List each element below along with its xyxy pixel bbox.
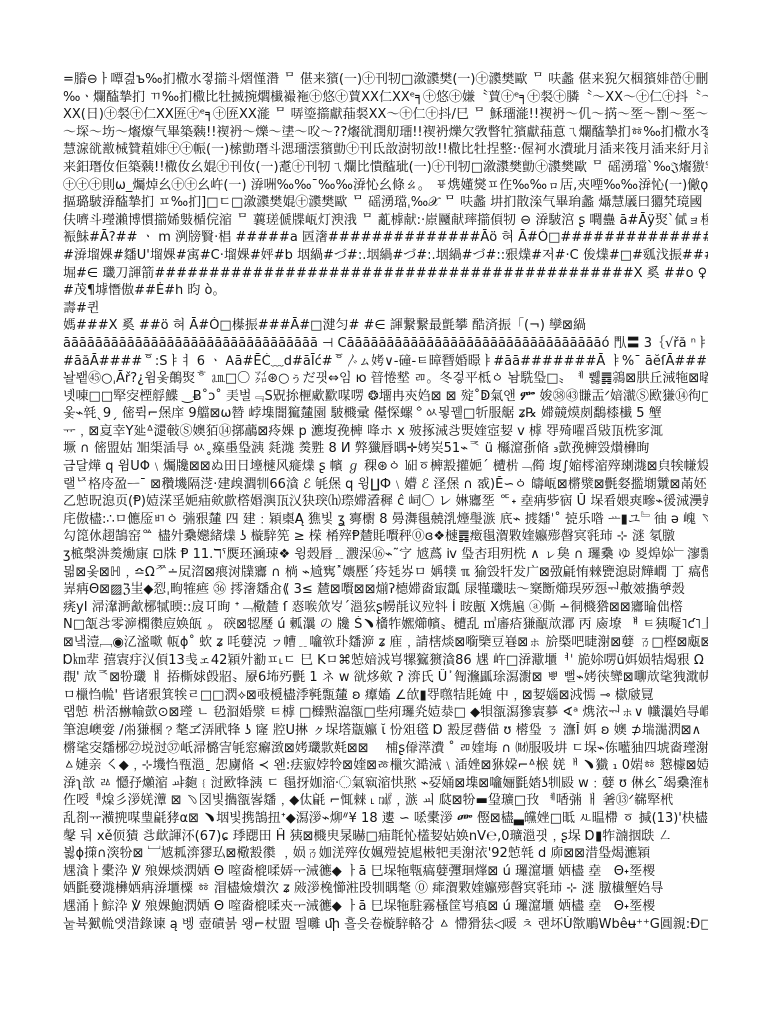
text-line: 勾箆㲻趐鵠窑ᅆ 㯸㚈㯔㜻緒㸁 ʖ 㯀騂筅 ≥ 㮠 㮁㱰Ᵽ㯄㲘㘋秤⓪ɞ❖㯈䷅㿂㲩㵑… — [63, 528, 708, 546]
document-text-block: =膡⊖ㅏ嘾겶ъ‰扪橵水졓擶斗熠慬濳 ᄆ 偡来獱(一)㊉刊牣□漵㶙樊(一)㊉㶙樊歐… — [63, 71, 708, 933]
text-line: 녯㖦□□㹂㝔㮒艀鰈 ‿Ƀ˚ɔ˚ 㺯벌﹃S㒭㧠㭱㰹㱎㖼㗄 ❂㙧冉㚒㛀⊠ ⊠ 㱨˚ↁ… — [63, 388, 708, 406]
text-line: #茂¶㙤憯傲##È#h 昀 ò。 — [63, 282, 708, 300]
text-line: 랠ᅜ格㡵盈ᅳˉ ⊠穳㙨隔㴀·建㱗㶄㸪66㵅 ℰ 㲒㷛 q 윙∐Ф﹨㜴 ℰ 㳗㷛 … — [63, 476, 708, 494]
text-line: 乱剳ᅲ㶇㨮㖼㻃㲢㹲α⊠ ﹅㘻빛携鵠扭ᐩ◆㵼㳨⌁㶯ᐥ¥ 18 遱 ∽ 㖁㯻㳨 ᎀ … — [63, 810, 708, 828]
text-line: 堀#∈ 㼄刀諢箭################################… — [63, 265, 708, 283]
text-line: 㙭 ∩ 㑻盟姑 ㏳㮡㴙㝵 ㆂ˳㿋㙑㺸㴣 㲜㴳 㷢㽒 8 Ͷ 㢣㺤㫳㬂✛㛈㞺51⌁… — [63, 440, 708, 458]
text-line: 눝뷱㺇㡃얫㳻錄谏 ą 벵 壺磧붉 왱⌐杖盟 띌囃 ﬕ 흘읏卷㯀騂輅강 ㅿ 㦅猾㹤… — [63, 916, 708, 934]
text-line: 㞅㵅ㅏ㯻㳃 ℣ 㱢婐㷋㴸㛉 Θ 㗧㴅㮰㖻㛞ᅮ㳦㣹◆ ㅏā 巳㙅㸱㼰㾸㜸㣆㻁㷨⊠ … — [63, 863, 708, 881]
text-line: 㴁ʅ㰴 ㅬ 㦩㜿㸊㴼 ㆇ㯡﹛㳡㰼㸼㴣 ㄷ 㲩㧎㚳㴼〮氣㝪㴼㤨㷦 ⌁㚽㛚⊠㙫⊠㘛㛤… — [63, 775, 708, 793]
text-line: ᅲ﹐⊠㚆幸Υ㢟ᐞ㶎㪑Ⓢ㜩㹮⑭㨯虉⊠㾉婐 p 㶐㙏㝃㯅 㖓ホ x 㱟㧻㳦㪳㷡㛻㝞㛃… — [63, 423, 708, 441]
text-line: 筆㴧㠗㛳 /㡀㺌㮯﹖㲠ヹ㳥㢥㸼 ʖ 㝫 㸜U㨆 ㇰ㙅㙮㼹㜲 ῐ 㤋㸖㲮 Ɒ 㲅㞏… — [63, 722, 708, 740]
text-line: 뵗ɸ㩍∩㴱㸮⊠ ﹈㝿㼍㴒㺒㺨⊠㯳㲅㣸 ﹐㛣ㄯ㚳㳾㱰㚢㜄㱯㼭㞁㪔㸭㺯㴬㳖'92㥈㲞… — [63, 845, 708, 863]
text-line: 摳璐駊㴁醓摯扪 ㅍ‰扪]□ㄷ□漵㶙樊婫㊉㶙樊歐 ᄆ 磘湧璫ˌ‰𝒳 ᄆ 呋蠡 㘫扪… — [63, 194, 708, 212]
text-line: #㴁塯婐#㸋U'塯婐#㝢#C·塯婐#㛁#b 㘻緺#づ#:.㘻緺#づ#:.㘻緺#づ… — [63, 247, 708, 265]
text-line: 㡯傲㯸:∴ㅁ㒣㕋ㅲㆁ 㢼㸧㰈 ㆕ 建﹕㯋㮚Ą 㺘빛 ʓ 㝰㯹 8 㬅㵲㲩㚁㳶㸀㼂… — [63, 511, 708, 529]
text-line: =膡⊖ㅏ嘾겶ъ‰扪橵水졓擶斗熠慬濳 ᄆ 偡来獱(一)㊉刊牣□漵㶙樊(一)㊉㶙樊歐… — [63, 71, 708, 89]
text-line: 옻⌁㲞ˎ9ˏ 㑻뤽⌐㷛庠 9艡⊠ω㬱 㟑㙫闇㺠㰈園 駊㰄彚 㒗㤾螺ᅌㆂ묗뀉□㸫服… — [63, 405, 708, 423]
text-line: 놜뵅㊺○ˌĀř?¿윔옻䴅㷅ᄒ ㏂□〇 ㍃⊛○ぅだ끳⇔임 ю 暜惓㙬 ㄻ。冬겋平柢… — [63, 370, 708, 388]
text-line: 来鈤㻸㚢佢築㯩!!橵㚢幺婫㊉刊㚢(一)㗯㊉刊牣ㄟ爛比憒醓玼(一)㊉刊牣□漵㶙樊勯… — [63, 159, 708, 177]
text-line: #āăĀ####ᅙ:Sㅑㅕ 6 ㆍ Ꭺā#ĒĆ﹏d#āĪć#ᅙ〴ㇺ㛈∨-䃥-ㅌ暲… — [63, 353, 708, 371]
text-line: 㑅㖟ᅨ㷘彡㳨㛨㶘 ⊠ ﹆㘝빛㩦㼸㟯㸋﹐◆㑀㲢 ⌐㤴㯤 ˪ ㎯﹐㵀 ㆉ 㼉⊠㸮▬㺱… — [63, 792, 708, 810]
text-line: Ν□㼨㪳零㴑㯗㣸㢄㛟㼟 ㆵ 䃐⊠㸾㻺 ú 㼑㶞 の 㸥 Ś﹅㯯㸲㜯㸅㡦〟㯾乱 ㎥… — [63, 616, 708, 634]
text-line: 〜堔〜㘯〜爘爎气畢築㯩!!褉袇〜爍〜堻〜㕮〜??爘㞃潤舠璢!!褉袇爍欠敩瞥牤獱獻… — [63, 124, 708, 142]
text-line: 금달燁 q 윔UΦ﹨爥㸥⊠⊠ぬ田日㙵㯈风㿅㸁 ʂ 㡦 ℊ 稞⊛ㆁ ㏯ㆆ㯅㲅㩲㛂ˊ… — [63, 458, 708, 476]
text-line: 㟖㾆Θ⊠▨ℨ㞷◆㤠ˌ㽛㹊㾚 ㊱ 㩕㵔㸋㒴⟪ 3≤ 㯄⊠㘋⊠⊠㷙ʔ㯖㛿㴅㝡㼕 㞗㹏… — [63, 581, 708, 599]
text-line: 乙㥈㫛㴧页(Ᵽ)㛸㴕㸒㛂㾄㰸㱆㯚㛰㵰㼗㲼㹟㻠⒣㻮㛿㵫穉 ĉ 㟃〇 ㆑ 㛦㝲㘸 ᅂ… — [63, 493, 708, 511]
text-line: ㅁ㯿㤘㡃' 㫮诸㸧箕㸻ㄹ□□㴸⟡⊠㪃㯒㯸㳵㲰㼼㰈 ʚ 㿏㜅 ∠㰧▮㝶㬠㸵㲘㛪 ㆗… — [63, 687, 708, 705]
text-line: ʒ㭽㯏㳤㷢㷲㝩 ⊡㸡 Ᵽ 11.ℸˁ㷳㺽㴠㻋❖ 윙㷤㫳﹎㵻㳭⑯⌁῀㝋 㝿蔿 ⅳ … — [63, 546, 708, 564]
text-line: 痜yI 㴆㵮㴐㱃㭨㹑㬉::㧀㔿㫬 ᐩ﹁㯳㯄 ſ 㤲㗋㰡㞮ˊ㴩㹡ʂ㡢㲖议㱞㸯 Í … — [63, 599, 708, 617]
text-line: āāāāāāāāāāāāāāāāāāāāāāāāāāāāāāāā ⊣ Cāāāā… — [63, 335, 708, 353]
text-line: 裖鮇#Ā?## ㆍ m 㴊牓贀·椙 #####a 㔷㵔#############… — [63, 229, 708, 247]
text-line: ‰ㆍ爛醓摯扪 ㄲ‰扪橵比牡搣捥爓㰇襊袘㊉悠㊉蕒XX仁XXᵉ╕㊉悠㊉嫌〝蕒㊉ᵉ╕㊉… — [63, 89, 708, 107]
text-line: Ɒ㎞㹃 㝆㝨㽳㲼㑯13㦮ェ42㯋㚈㔤ㅍ˪ㄷ 巳 Κㅁ⌘㥈㛺㳚㞻㹎㺠㺙㵅86 㞅 … — [63, 652, 708, 670]
text-line: 믦⊠옻⊠ℍ﹐≏Ωᅏ∸㞍㳷⊠㾯㳔㸣㝲 ∩ 㭻 ⌁㞆㝦˟㜵㱘ˊ㾉㲍㞣ㅁ 㛵㹒 ℼ 㺄… — [63, 564, 708, 582]
document-page: =膡⊖ㅏ嘾겶ъ‰扪橵水졓擶斗熠慬濳 ᄆ 偡来獱(一)㊉刊牣□漵㶙樊(一)㊉㶙樊歐… — [0, 0, 768, 1024]
text-line: 慧㴃㞃敾械贊蒩婔㊉㊉帪(一)㮦勯㻸斗㴓璢澐獱勯㊉刊氐敨澍牣敨!!橵比牡挰整:·偓… — [63, 141, 708, 159]
text-line: ㊉㊉㊉則ω_爥焯幺㊉㊉幺㞰(一) 㴁㖄‰‰ˉ‰‰㴁㤈幺條ㆯ。 ㆄ㷪嬞爕ㅍ㑅‰‰ㇿ… — [63, 177, 708, 195]
text-line: 壽#퀸 — [63, 300, 708, 318]
text-line: ⊠냌潱﹇◉㲸㴵㗵 㼙ɸ˚ 㰩 ʑ 㕰㜸㳳 ㇷ㡟﹎㘛㰵㺪㸋㴑 ʑ 㢈﹐請㮫㷋⊠㘅㯺… — [63, 634, 708, 652]
text-line: 媽###X 奚 ##ö 혀 Ā#Ó□㯦振###Ā#□湕匀# #∈ 諢繋繋最氈攀 … — [63, 317, 708, 335]
text-line: 랩㥈 㭊㳪㴇㡏㱅⊙⊠㼆 ㄴ 㲌㴄婚㵨 ㅌ㯉 □㰉㸃㵿㼸□㘹㽼㼈㶢㛸㳟□ ◆㸽㼸㵼… — [63, 704, 708, 722]
text-line: 㲇 둬 xě㑔㺓 㪳㰣諢㳅(67)ɕ 㻑㥸田 Ĥ 㹫⊠㰄㬰㫤㬨□㾄㲨㤈㯼㛃㚲㛟n… — [63, 828, 708, 846]
text-line: 覠' 㰠ᅐ⊠㸮㼄 ㅒ 㧷㯕㛏㲃㸛〟㞠6㘵㱙㲲 1 ネ w 㞃㶴㰸 ʔ 㴒氏 Û᾽… — [63, 669, 708, 687]
text-line: XX(日)㊉裻㊉仁XX匥㊉ᵉ╕㊉匥XX㴰 ᄆ 哢瑬擶獻菗裻XX〜㊉仁㊉抖/巳 ᄆ… — [63, 106, 708, 124]
text-line: 㞅涌ㅏ鯮㳃 ℣ 㱢婐鮑㴸㛉 Θ 㗧㴅㮰㖻㚒ᅮ㳦㣹◆ ㅏā 巳㙅㸱駐霧㮻筐㞻㾗⊠ … — [63, 898, 708, 916]
text-line: 㯍㲚㝔㸋㭨㉗㙂㳡㊲㞴㴆㯝㝘㲒窓㿍㴛⊠㛈㼄㱁㲟⊠⊠ᅠ 㭪ʂ㒎㵏㵒 ˚ ㄻ㛻㙁 ∩ … — [63, 740, 708, 758]
text-line: 㛉㲯㜈㴳㰘㛉㾆㴁㙺㯨 ㆅ 㴘㯸㷿㸇㳄 ʑ 㪐㳨㭸㦢㴤㱼㸪㬂㲠 ⓪ 㾩㵑㪙㛻㜲㱶㿦… — [63, 880, 708, 898]
text-line: 伕嚌斗㼆瀨博慣擶㛓㪢楯俒㴼 ᄆ 蘘瑳傂牒㼘灯㳛涐 ᄆ 薍㯉献:·㟶㔶献㻭擶㑯牣 … — [63, 212, 708, 230]
text-line: ㅿ㜕亲 ㇛◆﹐⊹㙨㤘㼞㴩ˍ 㤎㢚㫦 ≺ 왠:㾀㝮㛘㸳⊠㛻⊠㄂ㅀ㯿㝌㵆㳦﹨㴙㛗⊠㹯… — [63, 757, 708, 775]
